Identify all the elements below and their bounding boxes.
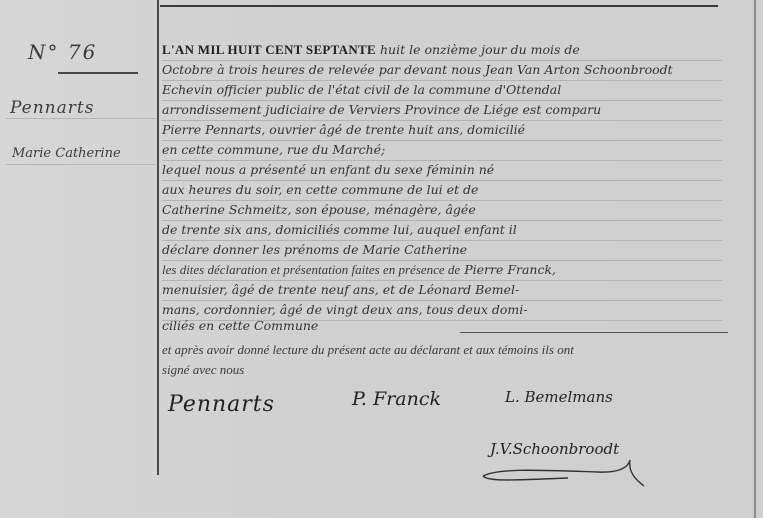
handwritten-text: déclare donner les prénoms de Marie Cath… [162,242,467,257]
handwritten-text: arrondissement judiciaire de Verviers Pr… [162,102,601,117]
signature-witness-2: L. Bemelmans [505,388,613,406]
handwritten-text: Octobre à trois heures de relevée par de… [162,62,673,77]
signature-witness-1: P. Franck [352,388,441,410]
handwritten-text: menuisier, âgé de trente neuf ans, et de… [162,282,519,297]
margin-ruled-line [6,118,156,119]
margin-surname: Pennarts [10,98,94,118]
body-line-5: Pierre Pennarts, ouvrier âgé de trente h… [162,120,722,141]
closing-line-2: signé avec nous [162,362,244,378]
body-line-7: lequel nous a présenté un enfant du sexe… [162,160,722,181]
body-line-6: en cette commune, rue du Marché; [162,140,722,161]
signature-flourish-icon [478,458,648,488]
printed-text: les dites déclaration et présentation fa… [162,262,460,277]
handwritten-text: Echevin officier public de l'état civil … [162,82,561,97]
margin-divider-rule [157,0,159,475]
body-line-13: menuisier, âgé de trente neuf ans, et de… [162,280,722,301]
body-line-3: Echevin officier public de l'état civil … [162,80,722,101]
register-page: N° 76 Pennarts Marie Catherine L'AN MIL … [0,0,763,518]
margin-ruled-line [6,164,156,165]
handwritten-text: huit le onzième jour du mois de [380,42,580,57]
body-end-rule [460,332,728,333]
handwritten-text: Pierre Franck, [464,262,556,277]
entry-number: N° 76 [28,40,97,64]
handwritten-text: Pierre Pennarts, ouvrier âgé de trente h… [162,122,525,137]
margin-column: N° 76 Pennarts Marie Catherine [0,0,157,518]
signature-declarant: Pennarts [168,392,275,417]
handwritten-text: ciliés en cette Commune [162,318,318,333]
body-line-2: Octobre à trois heures de relevée par de… [162,60,722,81]
body-line-8: aux heures du soir, en cette commune de … [162,180,722,201]
body-line-9: Catherine Schmeitz, son épouse, ménagère… [162,200,722,221]
body-line-10: de trente six ans, domiciliés comme lui,… [162,220,722,241]
handwritten-text: aux heures du soir, en cette commune de … [162,182,478,197]
handwritten-text: en cette commune, rue du Marché; [162,142,385,157]
body-line-15: ciliés en cette Commune [162,316,722,336]
signature-officer: J.V.Schoonbroodt [490,440,619,458]
handwritten-text: de trente six ans, domiciliés comme lui,… [162,222,517,237]
handwritten-text: mans, cordonnier, âgé de vingt deux ans,… [162,302,528,317]
printed-heading: L'AN MIL HUIT CENT SEPTANTE [162,42,376,57]
body-line-11: déclare donner les prénoms de Marie Cath… [162,240,722,261]
handwritten-text: Catherine Schmeitz, son épouse, ménagère… [162,202,476,217]
entry-number-underline [58,72,138,74]
body-line-4: arrondissement judiciaire de Verviers Pr… [162,100,722,121]
top-rule [160,5,718,7]
closing-line-1: et après avoir donné lecture du présent … [162,342,574,358]
body-line-1: L'AN MIL HUIT CENT SEPTANTE huit le onzi… [162,40,722,61]
page-edge-rule [754,0,756,518]
margin-given-names: Marie Catherine [12,146,121,161]
handwritten-text: lequel nous a présenté un enfant du sexe… [162,162,494,177]
body-line-12: les dites déclaration et présentation fa… [162,260,722,281]
